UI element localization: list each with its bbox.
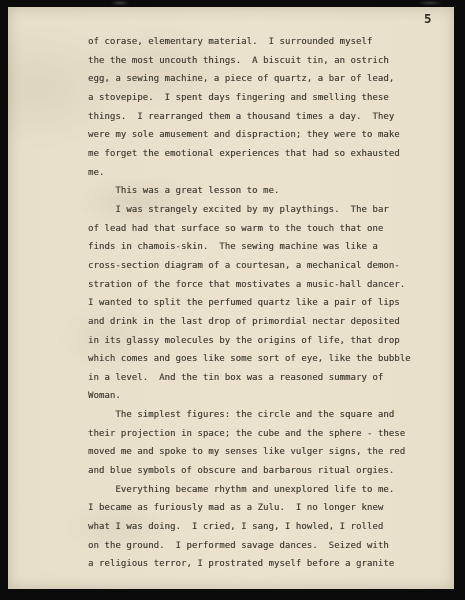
photo-mat: 5 of corase, elementary material. I surr… (0, 0, 465, 600)
text-line: were my sole amusement and dispraction; … (88, 126, 438, 145)
text-line: Woman. (88, 387, 438, 406)
text-line: which comes and goes like some sort of e… (88, 350, 438, 369)
text-line: of lead had that surface so warm to the … (88, 220, 438, 239)
page-number: 5 (424, 11, 432, 26)
text-line: I became as furiously mad as a Zulu. I n… (88, 499, 438, 518)
text-line: me. (88, 164, 438, 183)
text-line: moved me and spoke to my senses like vul… (88, 443, 438, 462)
text-line: cross-section diagram of a courtesan, a … (88, 257, 438, 276)
text-line: things. I rearranged them a thousand tim… (88, 108, 438, 127)
typewritten-text: of corase, elementary material. I surrou… (88, 33, 438, 574)
text-line: and drink in the last drop of primordial… (88, 313, 438, 332)
text-line: in a level. And the tin box was a reason… (88, 369, 438, 388)
text-line: stration of the force that mostivates a … (88, 276, 438, 295)
text-line: I was strangely excited by my playthings… (88, 201, 438, 220)
text-line: I wanted to split the perfumed quartz li… (88, 294, 438, 313)
text-line: on the ground. I performed savage dances… (88, 537, 438, 556)
text-line: a religious terror, I prostrated myself … (88, 555, 438, 574)
text-line: a stovepipe. I spent days fingering and … (88, 89, 438, 108)
text-line: and blue symbols of obscure and barbarou… (88, 462, 438, 481)
typewritten-page: 5 of corase, elementary material. I surr… (8, 7, 454, 589)
text-line: of corase, elementary material. I surrou… (88, 33, 438, 52)
text-line: what I was doing. I cried, I sang, I how… (88, 518, 438, 537)
text-line: This was a great lesson to me. (88, 182, 438, 201)
text-line: the the most uncouth things. A biscuit t… (88, 52, 438, 71)
text-line: their projection in space; the cube and … (88, 425, 438, 444)
text-line: Everything became rhythm and unexplored … (88, 481, 438, 500)
text-line: me forget the emotional experiences that… (88, 145, 438, 164)
text-line: finds in chamois-skin. The sewing machin… (88, 238, 438, 257)
text-line: in its glassy molecules by the origins o… (88, 332, 438, 351)
text-line: The simplest figures: the circle and the… (88, 406, 438, 425)
text-line: egg, a sewing machine, a piece of quartz… (88, 70, 438, 89)
